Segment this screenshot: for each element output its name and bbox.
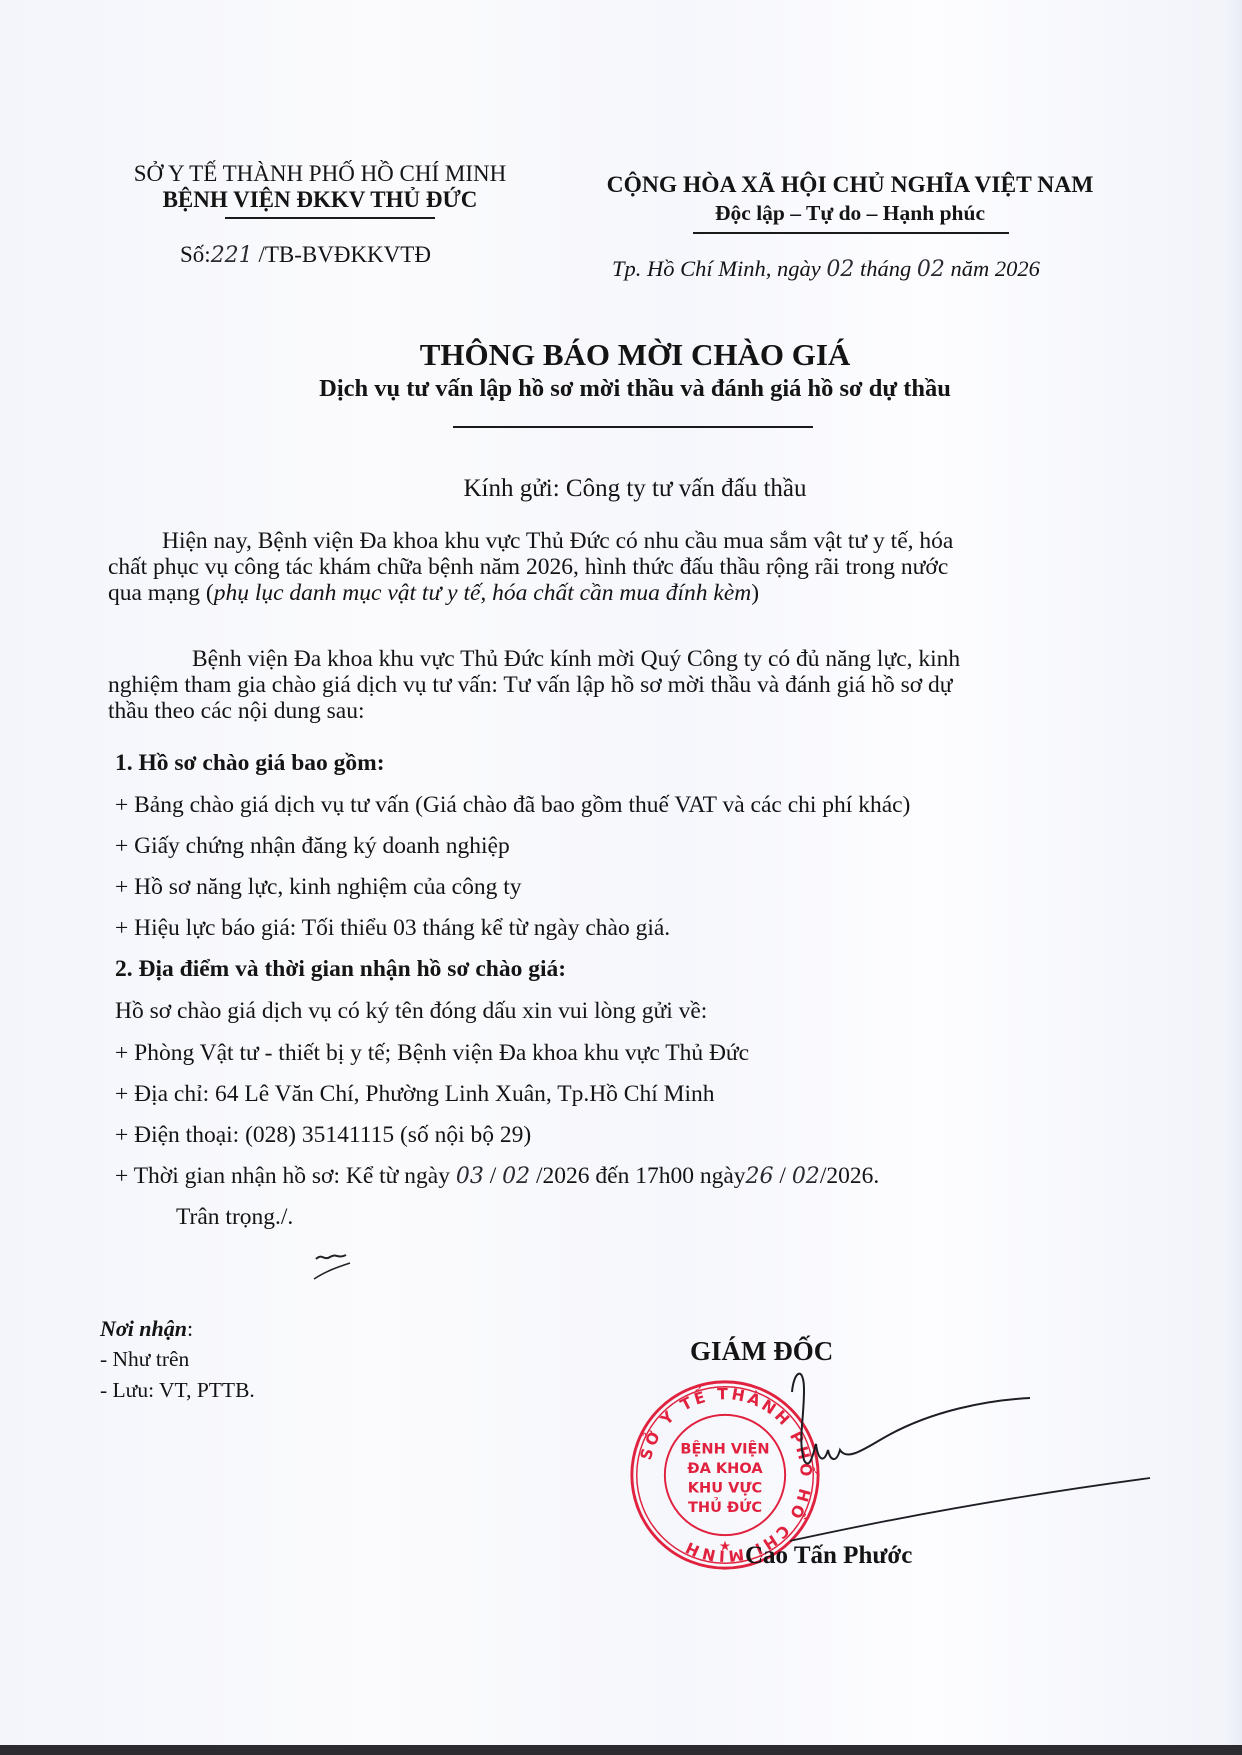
recipients-label: Nơi nhận: [100,1316,193,1342]
recipient-line: Kính gửi: Công ty tư vấn đấu thầu [250,475,1020,503]
organization-name: BỆNH VIỆN ĐKKV THỦ ĐỨC [100,187,540,213]
from-month-handwritten: 02 [502,1164,530,1189]
text: /2026. [820,1163,879,1189]
document-subtitle: Dịch vụ tư vấn lập hồ sơ mời thầu và đán… [250,375,1020,403]
scan-edge-bottom [0,1745,1242,1755]
paragraph-1-line-1: Hiện nay, Bệnh viện Đa khoa khu vực Thủ … [162,530,953,554]
national-title: CỘNG HÒA XÃ HỘI CHỦ NGHĨA VIỆT NAM [590,172,1110,199]
parent-organization: SỞ Y TẾ THÀNH PHỐ HỒ CHÍ MINH [100,161,540,187]
text: / [774,1163,792,1189]
section-2-intro: Hồ sơ chào giá dịch vụ có ký tên đóng dấ… [115,1000,707,1024]
paragraph-1-line-3: qua mạng (phụ lục danh mục vật tư y tế, … [108,582,759,606]
scan-edge [1228,0,1242,1755]
text: + Thời gian nhận hồ sơ: Kể từ ngày [115,1163,456,1189]
section-2-heading: 2. Địa điểm và thời gian nhận hồ sơ chào… [115,958,566,982]
doc-number-suffix: /TB-BVĐKKVTĐ [253,242,431,267]
text: ) [751,580,759,606]
paragraph-2-line-1: Bệnh viện Đa khoa khu vực Thủ Đức kính m… [192,648,960,672]
title-rule [453,426,813,428]
section-1-item: + Bảng chào giá dịch vụ tư vấn (Giá chào… [115,794,910,818]
doc-number-handwritten: 221 [211,243,253,268]
signer-name: Cao Tấn Phước [745,1542,912,1570]
to-month-handwritten: 02 [792,1164,820,1189]
day-handwritten: 02 [826,257,854,282]
section-2-item: + Điện thoại: (028) 35141115 (số nội bộ … [115,1124,531,1148]
month-handwritten: 02 [917,257,945,282]
section-2-deadline: + Thời gian nhận hồ sơ: Kể từ ngày 03 / … [115,1165,879,1189]
place-date-text: tháng [854,256,917,281]
section-1-item: + Hiệu lực báo giá: Tối thiểu 03 tháng k… [115,917,670,941]
stamp-star-icon: ★ [719,1539,731,1555]
closing-text: Trân trọng./. [176,1206,293,1230]
paragraph-2-line-3: thầu theo các nội dung sau: [108,700,364,724]
attachment-note: phụ lục danh mục vật tư y tế, hóa chất c… [214,580,752,606]
text: qua mạng ( [108,580,214,606]
place-date-text: năm 2026 [945,256,1040,281]
recipient-item: - Lưu: VT, PTTB. [100,1378,255,1403]
recipients-label-text: Nơi nhận [100,1316,187,1341]
doc-number-prefix: Số: [180,242,211,267]
place-date-text: Tp. Hồ Chí Minh, ngày [612,256,826,281]
stamp-line: KHU VỰC [688,1479,762,1496]
initials-mark [310,1245,370,1285]
organization-underline [225,217,435,219]
text: : [187,1316,193,1341]
stamp-line: BỆNH VIỆN [680,1440,769,1458]
section-1-heading: 1. Hồ sơ chào giá bao gồm: [115,752,385,776]
motto-underline [693,232,1009,234]
stamp-line: ĐA KHOA [687,1460,763,1477]
text: /2026 đến 17h00 ngày [530,1163,745,1189]
national-motto: Độc lập – Tự do – Hạnh phúc [590,201,1110,226]
section-2-item: + Phòng Vật tư - thiết bị y tế; Bệnh việ… [115,1042,749,1066]
to-day-handwritten: 26 [746,1164,774,1189]
stamp-line: THỦ ĐỨC [688,1497,762,1516]
recipient-item: - Như trên [100,1347,189,1372]
paragraph-1-line-2: chất phục vụ công tác khám chữa bệnh năm… [108,556,948,580]
section-1-item: + Giấy chứng nhận đăng ký doanh nghiệp [115,835,510,859]
place-date: Tp. Hồ Chí Minh, ngày 02 tháng 02 năm 20… [612,256,1040,282]
document-title: THÔNG BÁO MỜI CHÀO GIÁ [250,337,1020,373]
document-page: SỞ Y TẾ THÀNH PHỐ HỒ CHÍ MINH BỆNH VIỆN … [0,0,1242,1755]
section-1-item: + Hồ sơ năng lực, kinh nghiệm của công t… [115,876,522,900]
document-number: Số:221 /TB-BVĐKKVTĐ [180,242,431,268]
from-day-handwritten: 03 [456,1164,484,1189]
paragraph-2-line-2: nghiệm tham gia chào giá dịch vụ tư vấn:… [108,674,953,698]
section-2-item: + Địa chỉ: 64 Lê Văn Chí, Phường Linh Xu… [115,1083,715,1107]
text: / [484,1163,502,1189]
